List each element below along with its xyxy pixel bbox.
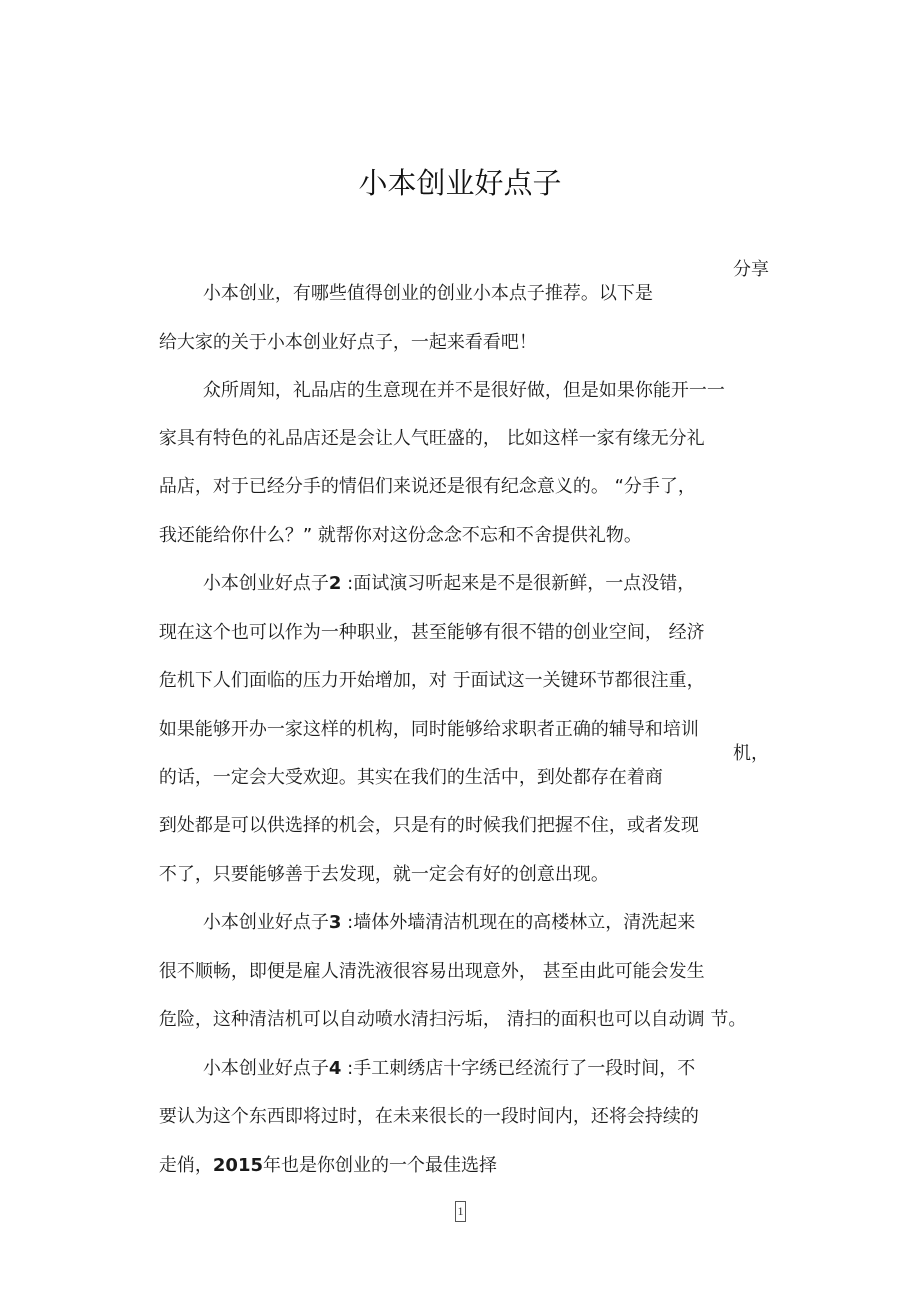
line-text: 的话，一定会大受欢迎。其实在我们的生活中，到处都存在着商 [159, 767, 663, 788]
line-text: 危险，这种清洁机可以自动喷水清扫污垢， 清扫的面积也可以自动调 节。 [159, 1009, 746, 1030]
line-text: :面试演习听起来是不是很新鲜，一点没错， [341, 573, 695, 594]
line-text: 如果能够开办一家这样的机构，同时能够给求职者正确的辅导和培训 [159, 719, 699, 740]
line-text: 小本创业，有哪些值得创业的创业小本点子推荐。以下是 [203, 283, 653, 304]
line-text: :手工刺绣店十字绣已经流行了一段时间，不 [341, 1058, 695, 1079]
document-title: 小本创业好点子 [0, 161, 920, 202]
line-prefix: 小本创业好点子 [203, 573, 329, 594]
idea-number: 3 [329, 912, 342, 933]
line-text: 危机下人们面临的压力开始增加，对 于面试这一关键环节都很注重， [159, 670, 705, 691]
line-text: 我还能给你什么？” 就帮你对这份念念不忘和不舍提供礼物。 [159, 525, 642, 546]
page-number: 1 [455, 1201, 466, 1222]
line-prefix: 小本创业好点子 [203, 1058, 329, 1079]
line-prefix: 走俏， [159, 1155, 213, 1176]
line-text: 很不顺畅，即便是雇人清洗液很容易出现意外， 甚至由此可能会发生 [159, 961, 705, 982]
line-tail-text: 机， [733, 742, 769, 766]
line-tail-text: 分享 [733, 258, 769, 282]
line-text: 到处都是可以供选择的机会，只是有的时候我们把握不住，或者发现 [159, 815, 699, 836]
line-text: 众所周知，礼品店的生意现在并不是很好做，但是如果你能开一一 [203, 380, 725, 401]
line-text: :墙体外墙清洁机现在的高楼林立，清洗起来 [341, 912, 695, 933]
line-text: 现在这个也可以作为一种职业，甚至能够有很不错的创业空间， 经济 [159, 622, 705, 643]
year-text: 2015 [213, 1155, 263, 1176]
line-text: 要认为这个东西即将过时，在未来很长的一段时间内，还将会持续的 [159, 1106, 699, 1127]
idea-number: 2 [329, 573, 342, 594]
line-text: 给大家的关于小本创业好点子，一起来看看吧！ [159, 332, 537, 353]
line-text: 年也是你创业的一个最佳选择 [263, 1155, 497, 1176]
line-text: 品店，对于已经分手的情侣们来说还是很有纪念意义的。 “分手了， [159, 476, 696, 497]
line-text: 不了，只要能够善于去发现，就一定会有好的创意出现。 [159, 864, 609, 885]
paragraph-line: 走俏，2015年也是你创业的一个最佳选择 [136, 1130, 497, 1202]
line-prefix: 小本创业好点子 [203, 912, 329, 933]
line-text: 家具有特色的礼品店还是会让人气旺盛的， 比如这样一家有缘无分礼 [159, 428, 705, 449]
idea-number: 4 [329, 1058, 342, 1079]
